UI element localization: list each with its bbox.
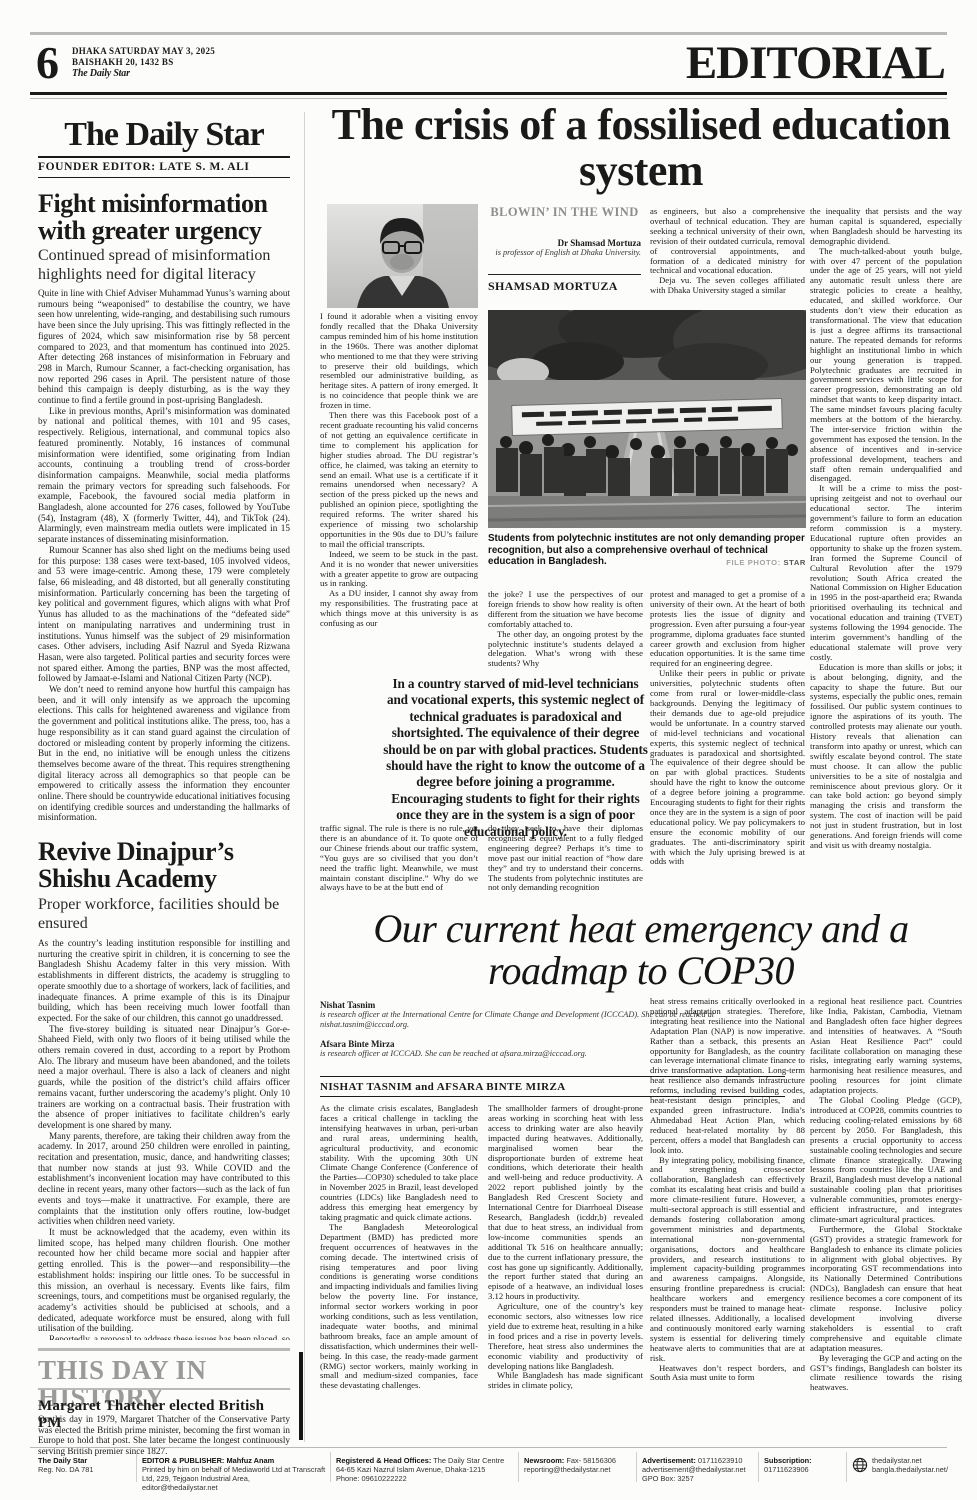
heat-title-line1: Our current heat emergency and a <box>320 908 962 950</box>
header-rule-thin <box>30 98 947 99</box>
paragraph: It must be acknowledged that the academy… <box>38 1227 290 1334</box>
paragraph: By integrating policy, mobilising financ… <box>650 1156 805 1364</box>
paragraph: Then there was this Facebook post of a r… <box>320 411 478 550</box>
dateline-block: DHAKA SATURDAY MAY 3, 2025 BAISHAKH 20, … <box>72 46 215 79</box>
editorial2-title: Revive Dinajpur’s Shishu Academy <box>38 838 290 892</box>
paragraph: the inequality that persists and the way… <box>810 207 962 247</box>
header-rule-thick <box>30 92 947 95</box>
heat-col3: heat stress remains critically overlooke… <box>650 997 805 1434</box>
footer-editor-label: EDITOR & PUBLISHER: Mahfuz Anam <box>142 1456 274 1465</box>
paragraph: While Bangladesh has made significant st… <box>488 1371 643 1391</box>
paragraph: The other day, an ongoing protest by the… <box>488 630 643 670</box>
footer-ad-line2: advertisement@thedailystar.net <box>642 1465 746 1474</box>
main-col1-top: I found it adorable when a visiting envo… <box>320 312 478 664</box>
footer-ad-label: Advertisement: <box>642 1456 696 1465</box>
newspaper-page: 6 DHAKA SATURDAY MAY 3, 2025 BAISHAKH 20… <box>0 0 977 1500</box>
paragraph: Agriculture, one of the country’s key ec… <box>488 1302 643 1371</box>
paragraph: as engineers, but also a comprehensive o… <box>650 207 805 276</box>
paragraph: The Global Cooling Pledge (GCP), introdu… <box>810 1096 962 1225</box>
paragraph: Heatwaves don’t respect borders, and Sou… <box>650 1364 805 1384</box>
globe-icon <box>852 1457 868 1478</box>
page-number: 6 <box>36 40 59 86</box>
footer-rule <box>30 1447 947 1448</box>
footer-ad-cell: Advertisement: 01711623910 advertisement… <box>642 1456 754 1483</box>
heat-col4: a regional heat resilience pact. Countri… <box>810 997 962 1434</box>
heat-col2: The smallholder farmers of drought-prone… <box>488 1104 643 1434</box>
paragraph: a regional heat resilience pact. Countri… <box>810 997 962 1096</box>
paragraph: protest and managed to get a promise of … <box>650 590 805 669</box>
paragraph: Furthermore, the Global Stocktake (GST) … <box>810 1225 962 1354</box>
author-signature: SHAMSAD MORTUZA <box>488 274 641 294</box>
footer-divider <box>518 1452 519 1482</box>
paragraph: As the country’s leading institution res… <box>38 938 290 1024</box>
paragraph: traffic signal. The rule is there is no … <box>320 824 478 893</box>
paragraph: Like in previous months, April’s misinfo… <box>38 406 290 545</box>
footer-newsroom-cell: Newsroom: Fax- 58156306 reporting@thedai… <box>524 1456 632 1474</box>
paragraph: It will be a crime to miss the post-upri… <box>810 484 962 662</box>
paragraph: Unlike their peers in public or private … <box>650 669 805 867</box>
founder-line: FOUNDER EDITOR: LATE S. M. ALI <box>38 161 290 173</box>
history-divider-bar <box>299 1352 303 1440</box>
paragraph: Deja vu. The seven colleges affiliated w… <box>650 276 805 296</box>
footer-ad-line1: 01711623910 <box>698 1456 743 1465</box>
editorial1-body: Quite in line with Chief Adviser Muhamma… <box>38 288 290 830</box>
footer-divider <box>758 1452 759 1482</box>
left-rail-divider <box>304 112 305 1442</box>
top-rule <box>30 32 947 35</box>
paragraph: By leveraging the GCP and acting on the … <box>810 1354 962 1394</box>
paragraph: the joke? I use the perspectives of our … <box>488 590 643 630</box>
history-body: On this day in 1979, Margaret Thatcher o… <box>38 1414 290 1460</box>
paragraph: heat stress remains critically overlooke… <box>650 997 805 1156</box>
author-bio: is professor of English at Dhaka Univers… <box>488 248 641 258</box>
paragraph: Many parents, therefore, are taking thei… <box>38 1131 290 1227</box>
footer-brand: The Daily Star <box>38 1456 87 1465</box>
paragraph: The much-talked-about youth bulge, with … <box>810 247 962 485</box>
paragraph: The smallholder farmers of drought-prone… <box>488 1104 643 1302</box>
footer-divider <box>136 1452 137 1482</box>
footer-office-line3: Phone: 09610222222 <box>336 1474 407 1483</box>
photo-credit-value: STAR <box>783 558 806 567</box>
column-name: BLOWIN’ IN THE WIND <box>488 205 641 220</box>
brand-small: The Daily Star <box>72 68 215 79</box>
editorial1-title: Fight misinformation with greater urgenc… <box>38 190 290 244</box>
footer-web-line2: bangla.thedailystar.net/ <box>872 1465 948 1474</box>
footer-ad-line3: GPO Box: 3257 <box>642 1474 694 1483</box>
paragraph: do they seek to have their diplomas reco… <box>488 824 643 893</box>
paragraph: Rumour Scanner has also shed light on th… <box>38 545 290 684</box>
paragraph: Reportedly, a proposal to address these … <box>38 1334 290 1340</box>
footer-office-line2: 64-65 Kazi Nazrul Islam Avenue, Dhaka-12… <box>336 1465 485 1474</box>
byline-block: BLOWIN’ IN THE WIND Dr Shamsad Mortuza i… <box>488 205 641 308</box>
heat-article-title: Our current heat emergency and a roadmap… <box>320 908 962 992</box>
main-col3-bottom: protest and managed to get a promise of … <box>650 590 805 935</box>
footer-subscription-cell: Subscription: 01711623906 <box>764 1456 844 1474</box>
author-portrait-photo <box>327 204 478 308</box>
footer-newsroom-label: Newsroom: <box>524 1456 564 1465</box>
footer-newsroom-line2: reporting@thedailystar.net <box>524 1465 610 1474</box>
paragraph: Quite in line with Chief Adviser Muhamma… <box>38 288 290 406</box>
footer-web-lines: thedailystar.net bangla.thedailystar.net… <box>872 1456 952 1474</box>
paragraph: We don’t need to remind anyone how hurtf… <box>38 684 290 823</box>
footer-brand-cell: The Daily Star Reg. No. DA 781 <box>38 1456 130 1474</box>
masthead-logo: The Daily Star <box>38 118 290 152</box>
masthead-rule-top <box>38 156 290 158</box>
paragraph: Indeed, we seem to be stuck in the past.… <box>320 550 478 590</box>
section-title: EDITORIAL <box>686 40 945 87</box>
pull-quote: In a country starved of mid-level techni… <box>383 676 648 814</box>
date-line: DHAKA SATURDAY MAY 3, 2025 <box>72 46 215 57</box>
footer-web-line1: thedailystar.net <box>872 1456 922 1465</box>
footer-reg: Reg. No. DA 781 <box>38 1465 93 1474</box>
paragraph: Education is more than skills or jobs; i… <box>810 663 962 851</box>
paragraph: The Bangladesh Meteorological Department… <box>320 1223 478 1391</box>
paragraph: As the climate crisis escalates, Banglad… <box>320 1104 478 1223</box>
paragraph: The five-storey building is situated nea… <box>38 1024 290 1131</box>
photo-caption-block: Students from polytechnic institutes are… <box>488 533 806 581</box>
main-col2-top: the joke? I use the perspectives of our … <box>488 590 643 670</box>
editorial2-body: As the country’s leading institution res… <box>38 938 290 1340</box>
history-rule-bottom <box>38 1388 290 1390</box>
editorial2-subtitle: Proper workforce, facilities should be e… <box>38 896 290 933</box>
main-article-title: The crisis of a fossilised education sys… <box>320 102 962 194</box>
paragraph: I found it adorable when a visiting envo… <box>320 312 478 411</box>
editorial1-subtitle: Continued spread of misinformation highl… <box>38 247 290 284</box>
calendar-line: BAISHAKH 20, 1432 BS <box>72 57 215 68</box>
footer-divider <box>636 1452 637 1482</box>
photo-credit: FILE PHOTO: STAR <box>726 557 806 569</box>
paragraph: As a DU insider, I cannot shy away from … <box>320 589 478 629</box>
author-name: Dr Shamsad Mortuza <box>488 238 641 248</box>
masthead-rule-bottom <box>38 177 290 178</box>
footer-office-name: The Daily Star Centre <box>433 1456 504 1465</box>
protest-photo <box>488 310 806 528</box>
photo-credit-label: FILE PHOTO: <box>726 558 781 567</box>
footer-newsroom-line1: Fax- 58156306 <box>566 1456 616 1465</box>
footer-divider <box>330 1452 331 1482</box>
footer-divider <box>846 1452 847 1482</box>
history-rule-top <box>38 1348 290 1351</box>
paragraph: On this day in 1979, Margaret Thatcher o… <box>38 1414 290 1457</box>
footer-editor-cell: EDITOR & PUBLISHER: Mahfuz Anam Printed … <box>142 1456 326 1492</box>
main-col4: the inequality that persists and the way… <box>810 207 962 935</box>
footer-editor-lines: Printed by him on behalf of Mediaworld L… <box>142 1465 325 1492</box>
main-col3-top: as engineers, but also a comprehensive o… <box>650 207 805 308</box>
footer-office-cell: Registered & Head Offices: The Daily Sta… <box>336 1456 514 1483</box>
footer-subscription-line1: 01711623906 <box>764 1465 809 1474</box>
heat-title-line2: roadmap to COP30 <box>320 950 962 992</box>
heat-col1: As the climate crisis escalates, Banglad… <box>320 1104 478 1434</box>
footer-subscription-label: Subscription: <box>764 1456 812 1465</box>
footer-office-label: Registered & Head Offices: <box>336 1456 431 1465</box>
